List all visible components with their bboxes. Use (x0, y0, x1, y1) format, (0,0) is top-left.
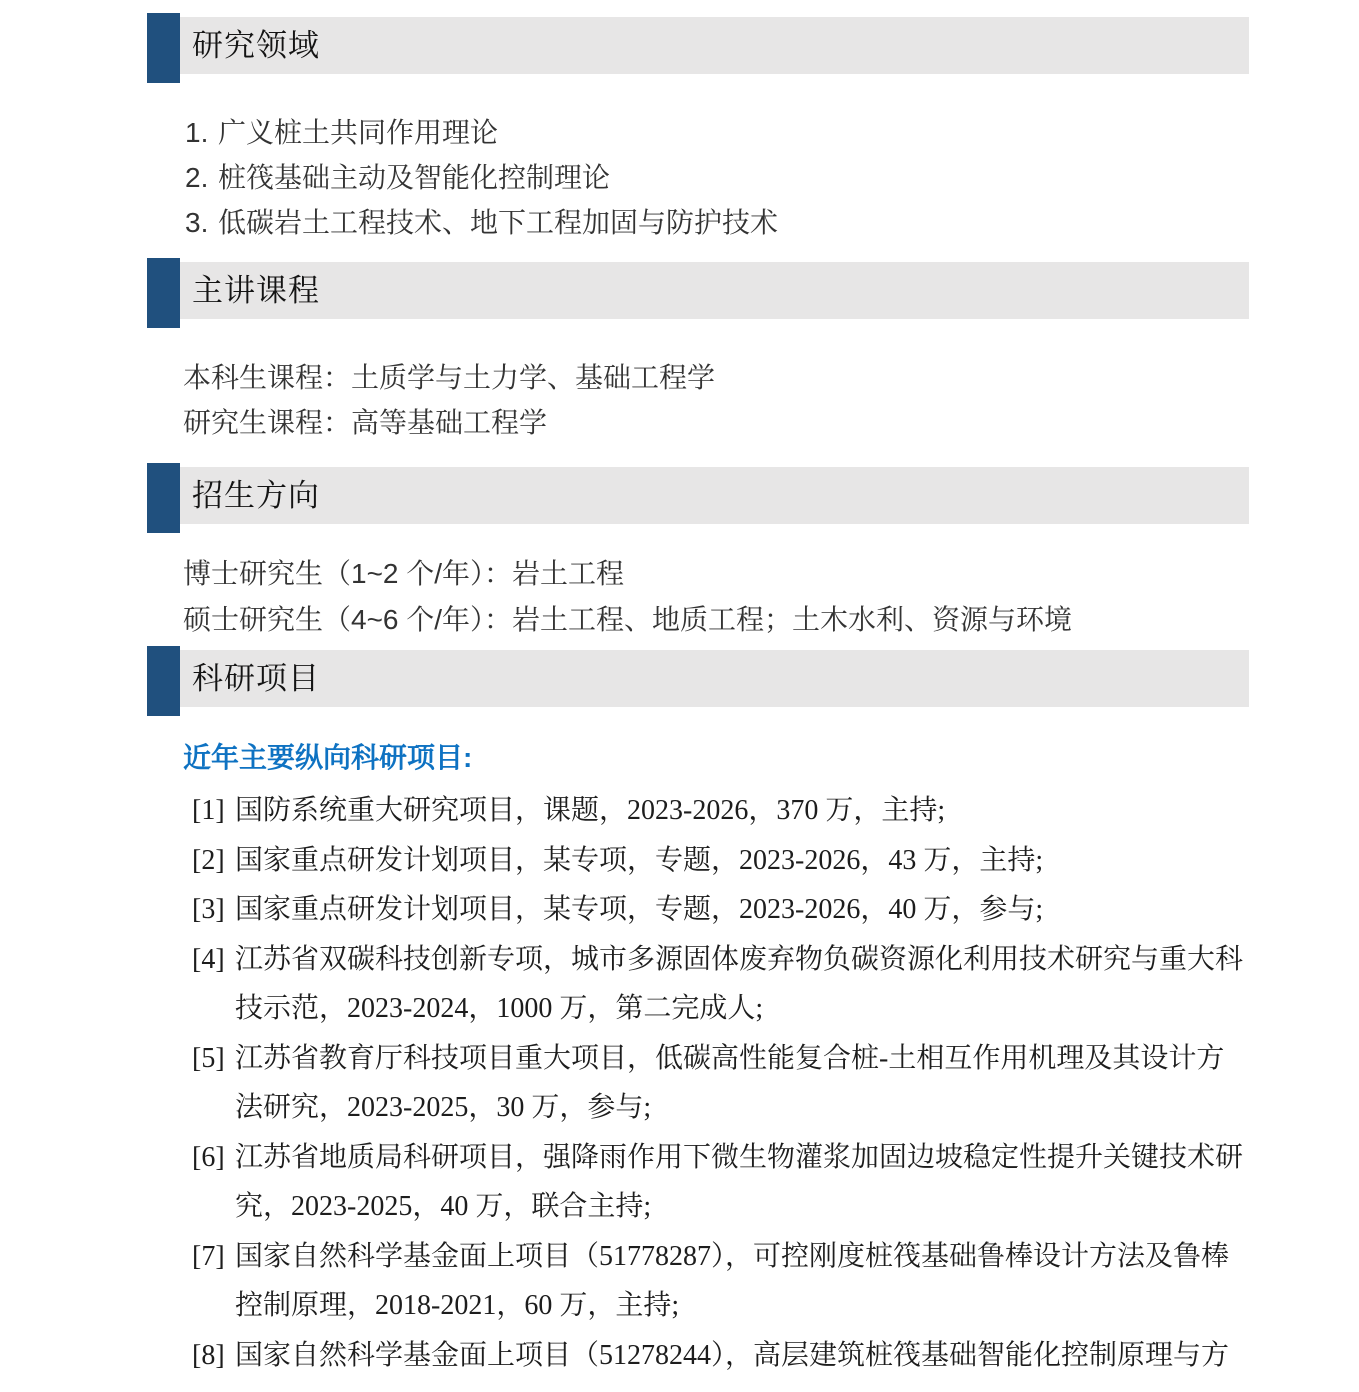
project-text: 江苏省地质局科研项目，强降雨作用下微生物灌浆加固边坡稳定性提升关键技术研究，20… (235, 1142, 1243, 1223)
section-header-band (180, 650, 1249, 707)
section-header: 招生方向 (147, 463, 1249, 533)
research-area-item: 3.低碳岩土工程技术、地下工程加固与防护技术 (185, 200, 1249, 245)
project-text: 国家重点研发计划项目，某专项，专题，2023-2026，40 万，参与; (235, 894, 1043, 925)
item-text: 低碳岩土工程技术、地下工程加固与防护技术 (218, 207, 778, 238)
project-text: 江苏省双碳科技创新专项，城市多源固体废弃物负碳资源化利用技术研究与重大科技示范，… (235, 944, 1243, 1025)
section-header-band (180, 467, 1249, 524)
project-item: [5]江苏省教育厅科技项目重大项目，低碳高性能复合桩-土相互作用机理及其设计方法… (147, 1034, 1249, 1133)
project-text: 国家自然科学基金面上项目（51778287），可控刚度桩筏基础鲁棒设计方法及鲁棒… (235, 1241, 1229, 1322)
course-line: 本科生课程：土质学与土力学、基础工程学 (183, 355, 1249, 400)
section-projects: 科研项目 近年主要纵向科研项目: [1]国防系统重大研究项目，课题，2023-2… (147, 646, 1249, 1380)
projects-subheading: 近年主要纵向科研项目: (183, 740, 1249, 776)
section-accent-bar (147, 258, 180, 328)
section-title: 科研项目 (192, 650, 320, 707)
section-accent-bar (147, 463, 180, 533)
section-accent-bar (147, 646, 180, 716)
item-text: 桩筏基础主动及智能化控制理论 (218, 162, 610, 193)
profile-document: 研究领域 1.广义桩土共同作用理论 2.桩筏基础主动及智能化控制理论 3.低碳岩… (0, 0, 1359, 1392)
project-text: 国家自然科学基金面上项目（51278244），高层建筑桩筏基础智能化控制原理与方 (235, 1340, 1229, 1371)
section-accent-bar (147, 13, 180, 83)
projects-list: [1]国防系统重大研究项目，课题，2023-2026，370 万，主持; [2]… (147, 786, 1249, 1380)
project-item: [4]江苏省双碳科技创新专项，城市多源固体废弃物负碳资源化利用技术研究与重大科技… (147, 935, 1249, 1034)
section-header-band (180, 17, 1249, 74)
section-title: 主讲课程 (192, 262, 320, 319)
admission-line: 博士研究生（1~2 个/年）：岩土工程 (183, 551, 1249, 597)
project-item: [7]国家自然科学基金面上项目（51778287），可控刚度桩筏基础鲁棒设计方法… (147, 1232, 1249, 1331)
section-title: 研究领域 (192, 17, 320, 74)
item-number: 2. (185, 155, 218, 200)
section-header: 主讲课程 (147, 258, 1249, 328)
project-marker: [2] (192, 836, 225, 886)
project-item: [1]国防系统重大研究项目，课题，2023-2026，370 万，主持; (147, 786, 1249, 836)
item-number: 1. (185, 110, 218, 155)
project-marker: [5] (192, 1034, 225, 1084)
project-marker: [3] (192, 885, 225, 935)
courses-list: 本科生课程：土质学与土力学、基础工程学 研究生课程：高等基础工程学 (183, 355, 1249, 445)
research-areas-list: 1.广义桩土共同作用理论 2.桩筏基础主动及智能化控制理论 3.低碳岩土工程技术… (185, 110, 1249, 245)
project-item: [2]国家重点研发计划项目，某专项，专题，2023-2026，43 万，主持; (147, 836, 1249, 886)
course-line: 研究生课程：高等基础工程学 (183, 400, 1249, 445)
project-item: [8]国家自然科学基金面上项目（51278244），高层建筑桩筏基础智能化控制原… (147, 1331, 1249, 1381)
section-courses: 主讲课程 本科生课程：土质学与土力学、基础工程学 研究生课程：高等基础工程学 (147, 258, 1249, 445)
project-marker: [4] (192, 935, 225, 985)
section-title: 招生方向 (192, 467, 320, 524)
research-area-item: 1.广义桩土共同作用理论 (185, 110, 1249, 155)
admissions-list: 博士研究生（1~2 个/年）：岩土工程 硕士研究生（4~6 个/年）：岩土工程、… (183, 551, 1249, 643)
project-marker: [1] (192, 786, 225, 836)
section-header: 科研项目 (147, 646, 1249, 716)
project-marker: [7] (192, 1232, 225, 1282)
section-admissions: 招生方向 博士研究生（1~2 个/年）：岩土工程 硕士研究生（4~6 个/年）：… (147, 463, 1249, 643)
project-text: 国家重点研发计划项目，某专项，专题，2023-2026，43 万，主持; (235, 845, 1043, 876)
project-marker: [6] (192, 1133, 225, 1183)
project-text: 江苏省教育厅科技项目重大项目，低碳高性能复合桩-土相互作用机理及其设计方法研究，… (235, 1043, 1224, 1124)
admission-line: 硕士研究生（4~6 个/年）：岩土工程、地质工程；土木水利、资源与环境 (183, 597, 1249, 643)
project-text: 国防系统重大研究项目，课题，2023-2026，370 万，主持; (235, 795, 945, 826)
item-number: 3. (185, 200, 218, 245)
section-header-band (180, 262, 1249, 319)
item-text: 广义桩土共同作用理论 (218, 117, 498, 148)
project-item: [6]江苏省地质局科研项目，强降雨作用下微生物灌浆加固边坡稳定性提升关键技术研究… (147, 1133, 1249, 1232)
section-header: 研究领域 (147, 13, 1249, 83)
project-item: [3]国家重点研发计划项目，某专项，专题，2023-2026，40 万，参与; (147, 885, 1249, 935)
project-marker: [8] (192, 1331, 225, 1381)
section-research-areas: 研究领域 1.广义桩土共同作用理论 2.桩筏基础主动及智能化控制理论 3.低碳岩… (147, 13, 1249, 245)
research-area-item: 2.桩筏基础主动及智能化控制理论 (185, 155, 1249, 200)
